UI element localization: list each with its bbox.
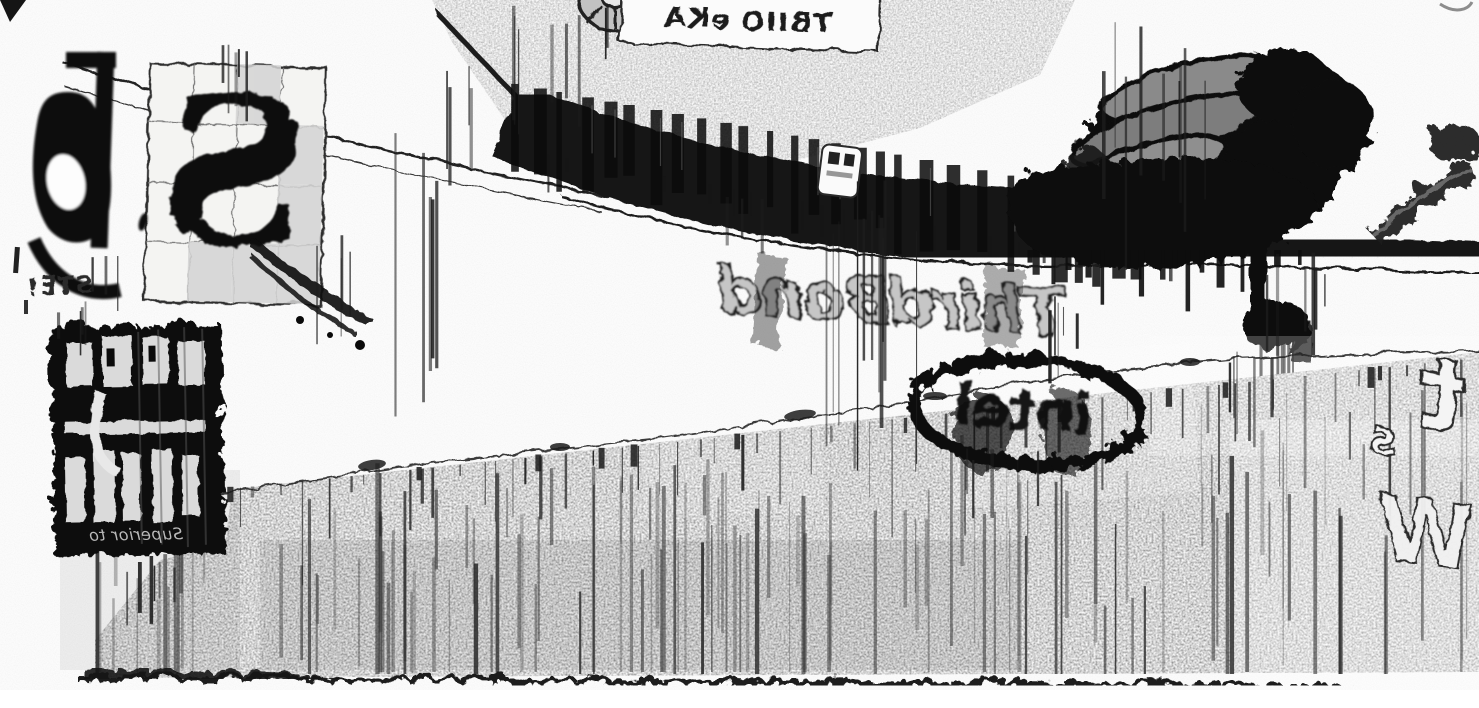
signboard-caption: Superior to [88,524,183,545]
svg-text:STE!: STE! [27,267,96,299]
ste-text: STE! [27,267,96,299]
black-signboard: Superior to [46,321,222,552]
sticker [817,144,863,199]
manga-panel: TBIIO eKA [0,0,1479,708]
graffiti-w: W [1369,473,1479,589]
thumb-shadow [1290,75,1370,165]
top-banner-text: TBIIO eKA [664,1,835,38]
top-banner: TBIIO eKA [619,0,879,51]
svg-text:Superior to: Superior to [88,524,183,545]
